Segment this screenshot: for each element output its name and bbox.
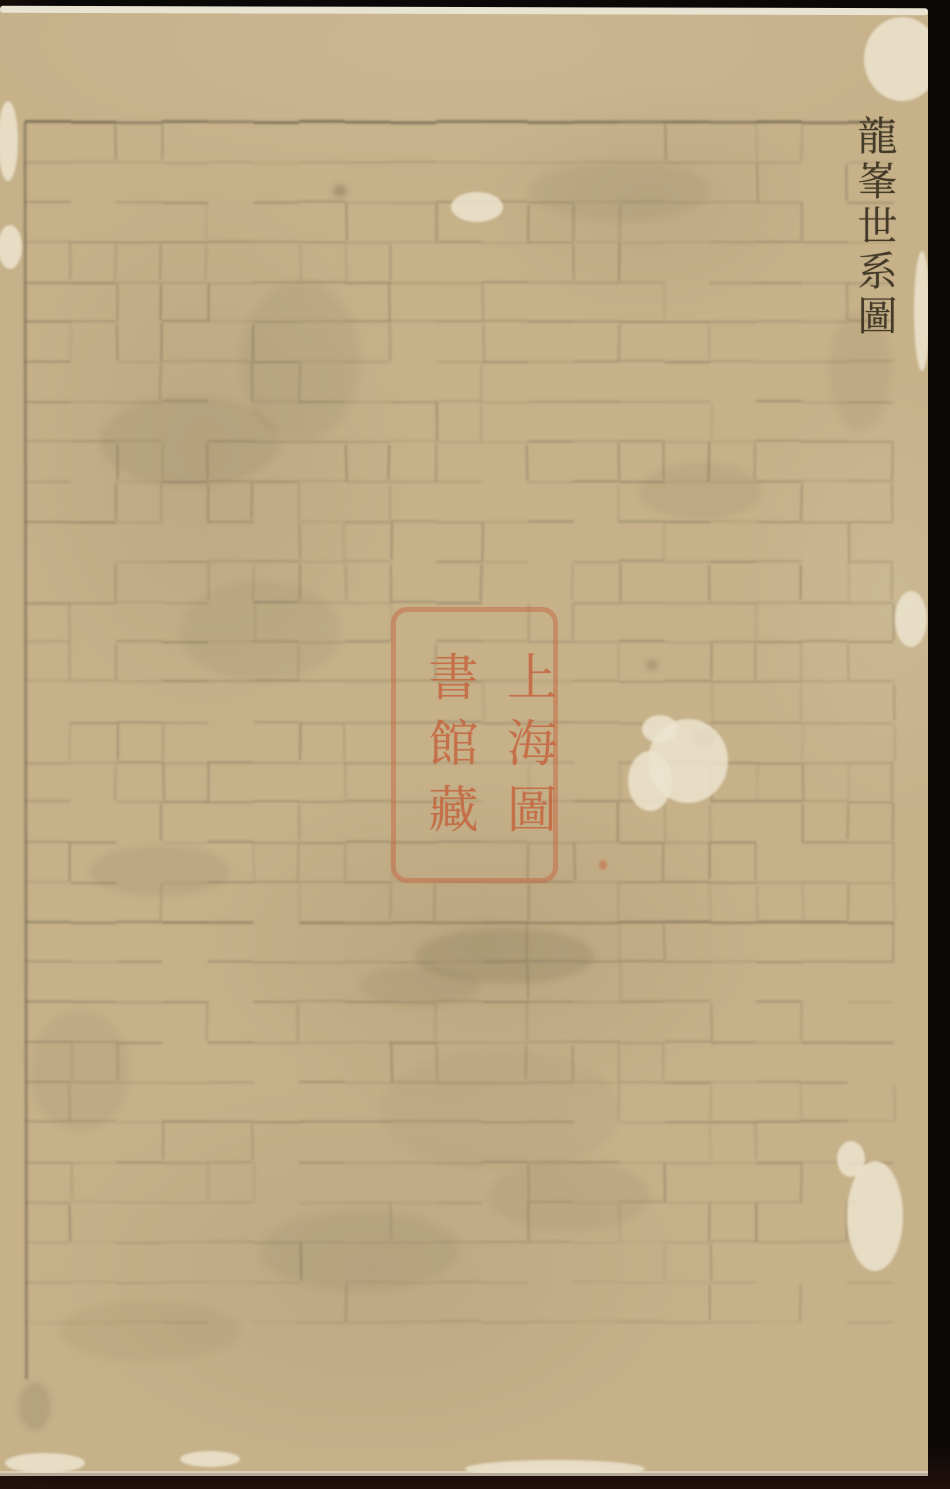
title-calligraphy: 龍峯世系圖 [836,115,894,361]
scan-background: 龍峯世系圖 書館藏 上海圖 [0,0,950,1489]
manuscript-page: 龍峯世系圖 書館藏 上海圖 [0,11,928,1473]
seal-column-right: 上海圖 [475,612,554,878]
library-seal: 書館藏 上海圖 [391,607,558,883]
seal-column-left: 書館藏 [396,612,475,878]
